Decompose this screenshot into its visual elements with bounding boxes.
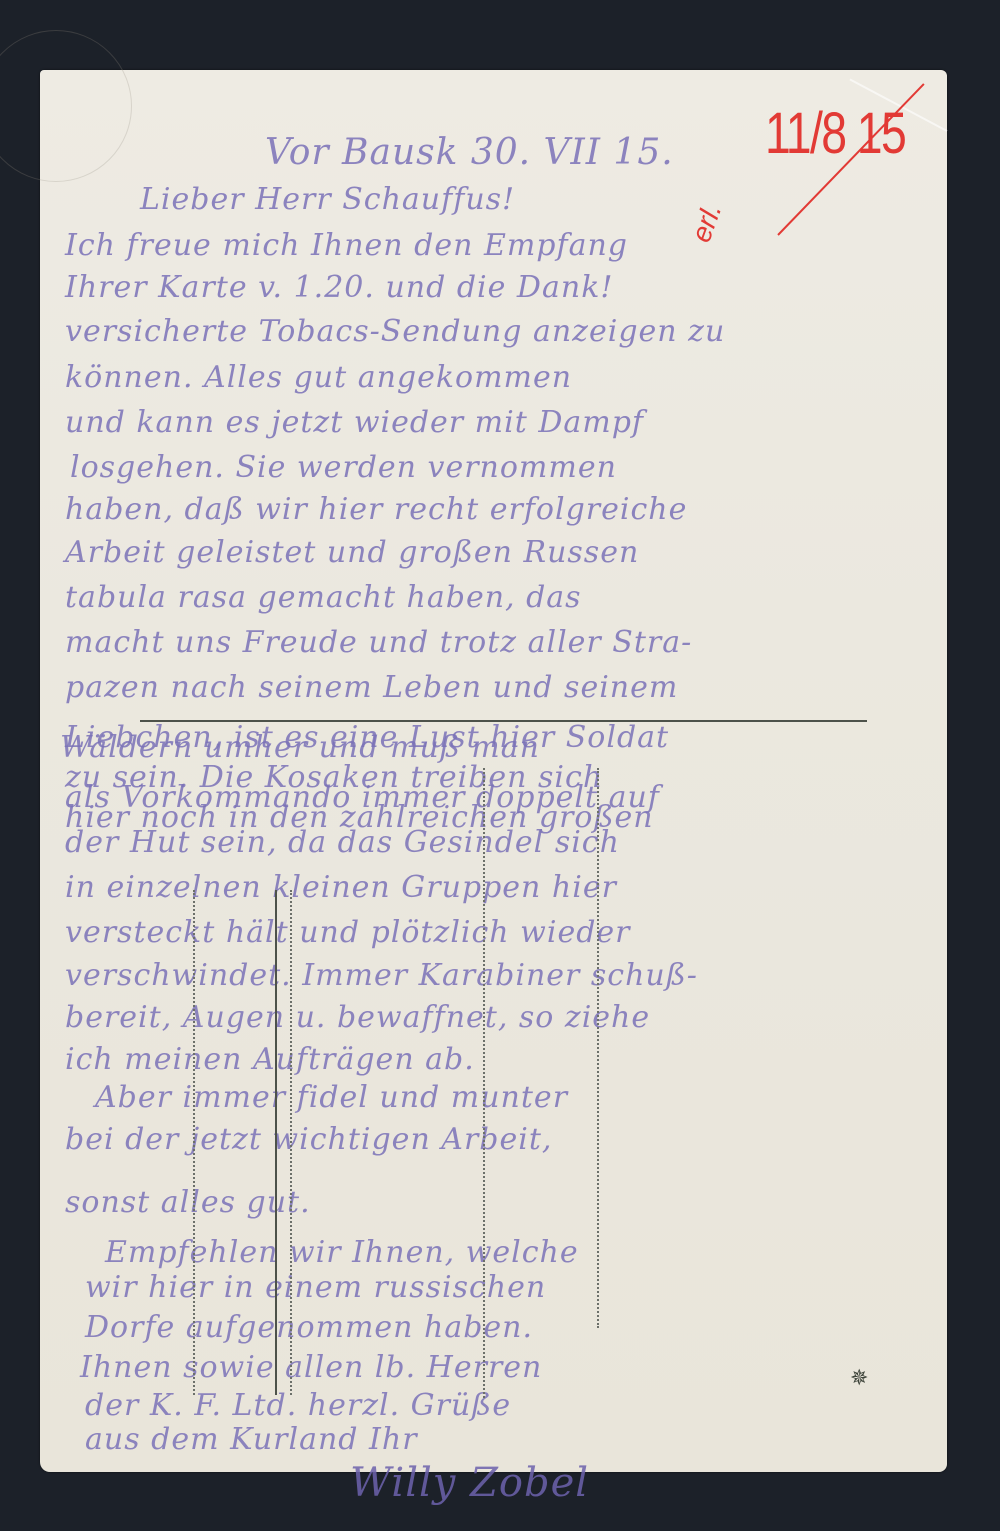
letter-line: können. Alles gut angekommen [65, 360, 572, 395]
letter-line: Ihrer Karte v. 1.20. und die Dank! [65, 270, 613, 305]
red-file-number: 11/8 15 [765, 100, 905, 167]
printed-dotted-line [483, 768, 485, 1398]
letter-line: als Vorkommando immer doppelt auf [65, 780, 660, 815]
letter-line: haben, daß wir hier recht erfolgreiche [65, 492, 687, 527]
printer-ornament-icon: ✵ [850, 1366, 868, 1391]
printed-horizontal-rule [140, 720, 867, 722]
letter-line: bei der jetzt wichtigen Arbeit, [65, 1122, 552, 1157]
letter-line: und kann es jetzt wieder mit Dampf [65, 405, 644, 440]
letter-line: wir hier in einem russischen [85, 1270, 546, 1305]
printed-dotted-line [597, 768, 599, 1328]
letter-line: Wäldern umher und muß man [60, 730, 540, 765]
printed-vertical-divider [275, 890, 277, 1395]
letter-line: der Hut sein, da das Gesindel sich [65, 825, 620, 860]
letter-line: ich meinen Aufträgen ab. [65, 1042, 475, 1077]
letter-line: Ihnen sowie allen lb. Herren [80, 1350, 542, 1385]
letter-line: der K. F. Ltd. herzl. Grüße [85, 1388, 511, 1423]
letter-line: Dorfe aufgenommen haben. [85, 1310, 533, 1345]
letter-line: verschwindet. Immer Karabiner schuß- [65, 958, 698, 993]
letter-line: macht uns Freude und trotz aller Stra- [65, 625, 692, 660]
letter-line: aus dem Kurland Ihr [85, 1422, 418, 1457]
letter-line: versicherte Tobacs-Sendung anzeigen zu [65, 314, 725, 349]
postcard: Vor Bausk 30. VII 15. Lieber Herr Schauf… [40, 70, 947, 1472]
letter-line: Empfehlen wir Ihnen, welche [105, 1235, 579, 1270]
letter-line: Ich freue mich Ihnen den Empfang [65, 228, 628, 263]
printed-dotted-line [193, 890, 195, 1395]
printed-dotted-line [290, 890, 292, 1395]
place-date-line: Vor Bausk 30. VII 15. [265, 132, 674, 173]
letter-line: sonst alles gut. [65, 1185, 311, 1220]
letter-line: losgehen. Sie werden vernommen [70, 450, 617, 485]
letter-line: Aber immer fidel und munter [95, 1080, 568, 1115]
letter-line: in einzelnen kleinen Gruppen hier [65, 870, 617, 905]
letter-line: bereit, Augen u. bewaffnet, so ziehe [65, 1000, 650, 1035]
letter-line: tabula rasa gemacht haben, das [65, 580, 582, 615]
red-initials-mark: erl. [685, 199, 728, 247]
letter-line: Arbeit geleistet und großen Russen [65, 535, 639, 570]
signature: Willy Zobel [350, 1460, 589, 1506]
letter-line: pazen nach seinem Leben und seinem [65, 670, 678, 705]
salutation: Lieber Herr Schauffus! [140, 182, 515, 217]
letter-line: versteckt hält und plötzlich wieder [65, 915, 631, 950]
